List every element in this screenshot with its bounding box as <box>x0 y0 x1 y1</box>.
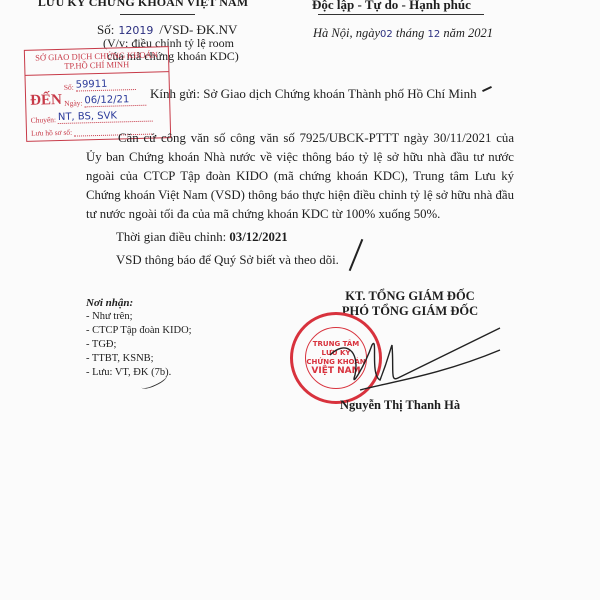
stamp-ngay-row: Ngày: 06/12/21 <box>64 94 147 108</box>
stamp-chuyen-label: Chuyển: <box>31 115 57 125</box>
signatory-name: Nguyễn Thị Thanh Hà <box>340 398 460 413</box>
day-handwritten: 02 <box>380 29 393 40</box>
month-handwritten: 12 <box>427 29 440 40</box>
stamp-chuyen-row: Chuyển: NT, BS, SVK <box>30 110 153 125</box>
recipient-item: - CTCP Tập đoàn KIDO; <box>86 324 192 338</box>
year-label: năm 2021 <box>443 26 493 40</box>
recipients: Nơi nhận: - Như trên; - CTCP Tập đoàn KI… <box>86 296 192 380</box>
place-date: Hà Nội, ngày02 tháng 12 năm 2021 <box>313 26 493 41</box>
recipient-item: - TGĐ; <box>86 338 192 352</box>
addressee: Kính gửi: Sở Giao dịch Chứng khoán Thành… <box>150 86 477 102</box>
organization-name: LƯU KÝ CHỨNG KHOÁN VIỆT NAM <box>18 0 268 10</box>
stamp-title: SỞ GIAO DỊCH CHỨNG KHOÁN TP.HỒ CHÍ MINH <box>25 50 168 72</box>
recipient-item: - TTBT, KSNB; <box>86 352 192 366</box>
recipient-item: - Lưu: VT, ĐK (7b). <box>86 366 192 380</box>
check-mark-icon <box>482 86 492 92</box>
adjust-time-label: Thời gian điều chỉnh: <box>116 230 229 244</box>
signatory-title: KT. TỔNG GIÁM ĐỐC PHÓ TỔNG GIÁM ĐỐC <box>330 289 490 319</box>
check-mark-icon <box>349 239 364 271</box>
doc-number-label: Số: <box>97 22 114 37</box>
stamp-den-label: ĐẾN <box>30 92 62 110</box>
closing-line: VSD thông báo để Quý Sở biết và theo dõi… <box>116 253 339 268</box>
org-divider <box>120 14 195 15</box>
place-prefix: Hà Nội, ngày <box>313 26 380 40</box>
recipients-heading: Nơi nhận <box>86 297 130 309</box>
doc-number-suffix: /VSD- ĐK.NV <box>159 22 237 37</box>
stamp-chuyen-value: NT, BS, SVK <box>58 110 153 124</box>
national-motto: Độc lập - Tự do - Hạnh phúc <box>312 0 471 13</box>
stamp-so-label: Số: <box>64 83 74 92</box>
stamp-so-row: Số: 59911 <box>64 78 136 92</box>
motto-divider <box>318 14 484 15</box>
month-label: tháng <box>396 26 424 40</box>
stamp-so-value: 59911 <box>76 78 136 92</box>
body-paragraph: Căn cứ công văn số công văn số 7925/UBCK… <box>86 129 514 224</box>
recipient-item: - Như trên; <box>86 310 192 324</box>
signatory-title-line-1: KT. TỔNG GIÁM ĐỐC <box>330 289 490 304</box>
stamp-luu-label: Lưu hồ sơ số: <box>31 128 72 138</box>
signature-icon <box>320 320 510 400</box>
stamp-separator <box>25 71 168 76</box>
stamp-ngay-label: Ngày: <box>64 98 83 107</box>
adjust-time: Thời gian điều chỉnh: 03/12/2021 <box>116 230 288 245</box>
stamp-ngay-value: 06/12/21 <box>84 94 146 108</box>
adjust-time-value: 03/12/2021 <box>229 230 287 244</box>
